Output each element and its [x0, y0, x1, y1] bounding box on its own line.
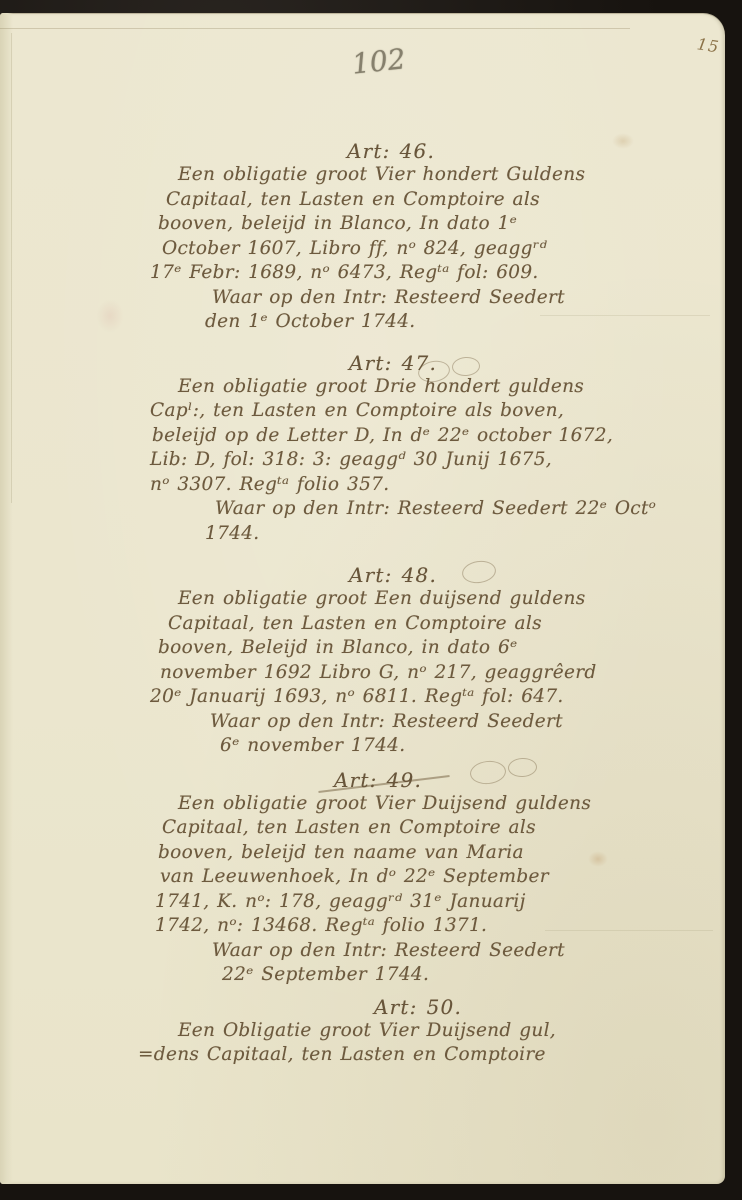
article-48-line-7: 6ᵉ november 1744.	[150, 734, 616, 759]
article-46-line-1: Een obligatie groot Vier hondert Guldens	[150, 163, 616, 188]
article-47-line-4: Lib: D, fol: 318: 3: geaggᵈ 30 Junij 167…	[150, 448, 616, 473]
article-48-line-3: booven, Beleijd in Blanco, in dato 6ᵉ	[150, 636, 616, 661]
article-50: Art: 50. Een Obligatie groot Vier Duijse…	[150, 995, 616, 1068]
article-49-line-6: 1742, nᵒ: 13468. Regᵗᵃ folio 1371.	[150, 914, 616, 939]
folio-page-number: 15	[695, 34, 720, 56]
article-49-line-5: 1741, K. nᵒ: 178, geaggʳᵈ 31ᵉ Januarij	[150, 890, 616, 915]
pencil-folio-note: 102	[350, 42, 407, 80]
article-48: Art: 48. Een obligatie groot Een duijsen…	[150, 563, 616, 759]
article-47-line-5: nᵒ 3307. Regᵗᵃ folio 357.	[150, 473, 616, 498]
article-47-line-2: Capˡ:, ten Lasten en Comptoire als boven…	[150, 399, 616, 424]
scan-backdrop: 15 102 Art: 46. Een obligatie groot Vier…	[0, 0, 742, 1200]
left-vertical-crease	[11, 33, 12, 503]
article-50-line-2: =dens Capitaal, ten Lasten en Comptoire	[138, 1043, 616, 1068]
manuscript-page: 15 102 Art: 46. Een obligatie groot Vier…	[0, 13, 725, 1184]
article-46-line-7: den 1ᵉ October 1744.	[150, 310, 616, 335]
article-46-line-2: Capitaal, ten Lasten en Comptoire als	[150, 188, 616, 213]
article-49-line-2: Capitaal, ten Lasten en Comptoire als	[150, 816, 616, 841]
article-49-line-1: Een obligatie groot Vier Duijsend gulden…	[150, 792, 616, 817]
article-48-line-5: 20ᵉ Januarij 1693, nᵒ 6811. Regᵗᵃ fol: 6…	[150, 685, 616, 710]
article-48-line-1: Een obligatie groot Een duijsend guldens	[150, 587, 616, 612]
article-47-line-7: 1744.	[150, 522, 616, 547]
article-49-line-3: booven, beleijd ten naame van Maria	[150, 841, 616, 866]
article-46-line-3: booven, beleijd in Blanco, In dato 1ᵉ	[150, 212, 616, 237]
article-47-line-3: beleijd op de Letter D, In dᵉ 22ᵉ octobe…	[150, 424, 616, 449]
underlying-sheet-edge	[0, 28, 630, 29]
article-46-line-6: Waar op den Intr: Resteerd Seedert	[150, 286, 616, 311]
pink-smudge	[96, 299, 124, 333]
article-50-line-1: Een Obligatie groot Vier Duijsend gul,	[150, 1019, 616, 1044]
article-49-heading: Art: 49.	[145, 768, 611, 792]
article-49-line-8: 22ᵉ September 1744.	[150, 963, 616, 988]
article-47-line-1: Een obligatie groot Drie hondert guldens	[150, 375, 616, 400]
article-49-line-4: van Leeuwenhoek, In dᵒ 22ᵉ September	[150, 865, 616, 890]
article-46: Art: 46. Een obligatie groot Vier honder…	[150, 139, 616, 335]
article-46-line-5: 17ᵉ Febr: 1689, nᵒ 6473, Regᵗᵃ fol: 609.	[150, 261, 616, 286]
article-49: Art: 49. Een obligatie groot Vier Duijse…	[150, 768, 616, 988]
article-50-heading: Art: 50.	[185, 995, 651, 1019]
article-48-line-2: Capitaal, ten Lasten en Comptoire als	[150, 612, 616, 637]
article-47-line-6: Waar op den Intr: Resteerd Seedert 22ᵉ O…	[150, 497, 616, 522]
article-48-line-4: november 1692 Libro G, nᵒ 217, geaggrêer…	[150, 661, 616, 686]
article-48-line-6: Waar op den Intr: Resteerd Seedert	[150, 710, 616, 735]
article-49-line-7: Waar op den Intr: Resteerd Seedert	[150, 939, 616, 964]
article-46-heading: Art: 46.	[158, 139, 624, 163]
article-48-heading: Art: 48.	[160, 563, 626, 587]
manuscript-text-block: Art: 46. Een obligatie groot Vier honder…	[150, 139, 616, 1068]
article-46-line-4: October 1607, Libro ff, nᵒ 824, geaggʳᵈ	[150, 237, 616, 262]
article-47-heading: Art: 47.	[160, 351, 626, 375]
article-47: Art: 47. Een obligatie groot Drie honder…	[150, 351, 616, 547]
